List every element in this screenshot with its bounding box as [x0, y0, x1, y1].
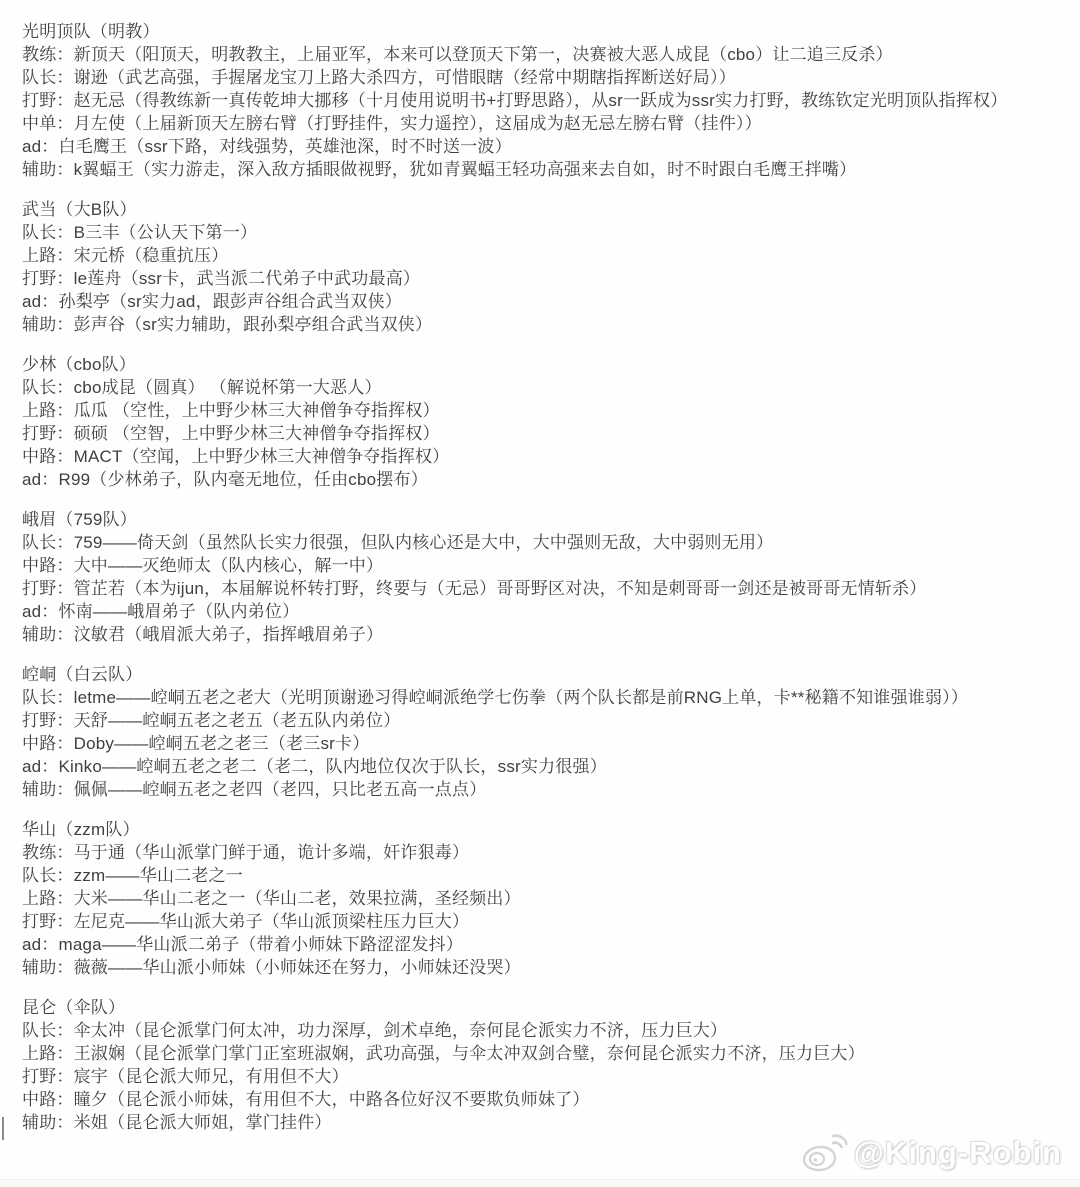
roster-line: 辅助：汶敏君（峨眉派大弟子，指挥峨眉弟子）: [22, 623, 1080, 646]
roster-line: 辅助：薇薇——华山派小师妹（小师妹还在努力，小师妹还没哭）: [22, 956, 1080, 979]
roster-line: 中路：大中——灭绝师太（队内核心，解一中）: [22, 554, 1080, 577]
roster-line: ad：白毛鹰王（ssr下路，对线强势，英雄池深，时不时送一波）: [22, 135, 1080, 158]
roster-line: 队长：伞太冲（昆仑派掌门何太冲，功力深厚，剑术卓绝，奈何昆仑派实力不济，压力巨大…: [22, 1019, 1080, 1042]
roster-line: 队长：谢逊（武艺高强，手握屠龙宝刀上路大杀四方，可惜眼瞎（经常中期瞎指挥断送好局…: [22, 66, 1080, 89]
team-section: 峨眉（759队）队长：759——倚天剑（虽然队长实力很强，但队内核心还是大中，大…: [22, 508, 1080, 646]
roster-line: 辅助：佩佩——崆峒五老之老四（老四，只比老五高一点点）: [22, 778, 1080, 801]
team-section: 崆峒（白云队）队长：letme——崆峒五老之老大（光明顶谢逊习得崆峒派绝学七伤拳…: [22, 663, 1080, 801]
roster-line: 教练：新顶天（阳顶天，明教教主，上届亚军，本来可以登顶天下第一，决赛被大恶人成昆…: [22, 43, 1080, 66]
roster-line: 中路：瞳夕（昆仑派小师妹，有用但不大，中路各位好汉不要欺负师妹了）: [22, 1088, 1080, 1111]
bottom-edge-strip: [0, 1179, 1080, 1187]
team-section: 武当（大B队）队长：B三丰（公认天下第一）上路：宋元桥（稳重抗压）打野：le莲舟…: [22, 198, 1080, 336]
roster-line: 中路：Doby——崆峒五老之老三（老三sr卡）: [22, 732, 1080, 755]
roster-line: 上路：瓜瓜 （空性，上中野少林三大神僧争夺指挥权）: [22, 399, 1080, 422]
screenshot-page: 光明顶队（明教）教练：新顶天（阳顶天，明教教主，上届亚军，本来可以登顶天下第一，…: [0, 0, 1080, 1187]
team-title: 峨眉（759队）: [22, 508, 1080, 531]
weibo-watermark: @King-Robin: [802, 1133, 1062, 1173]
roster-line: 队长：759——倚天剑（虽然队长实力很强，但队内核心还是大中，大中强则无敌，大中…: [22, 531, 1080, 554]
team-title: 崆峒（白云队）: [22, 663, 1080, 686]
weibo-icon: [802, 1133, 848, 1173]
team-section: 光明顶队（明教）教练：新顶天（阳顶天，明教教主，上届亚军，本来可以登顶天下第一，…: [22, 20, 1080, 181]
team-roster-document: 光明顶队（明教）教练：新顶天（阳顶天，明教教主，上届亚军，本来可以登顶天下第一，…: [22, 20, 1080, 1151]
roster-line: 队长：zzm——华山二老之一: [22, 864, 1080, 887]
roster-line: 打野：le莲舟（ssr卡，武当派二代弟子中武功最高）: [22, 267, 1080, 290]
roster-line: 中路：MACT（空闻，上中野少林三大神僧争夺指挥权）: [22, 445, 1080, 468]
roster-line: 队长：cbo成昆（圆真） （解说杯第一大恶人）: [22, 376, 1080, 399]
roster-line: 中单：月左使（上届新顶天左膀右臂（打野挂件，实力遥控），这届成为赵无忌左膀右臂（…: [22, 112, 1080, 135]
roster-line: 打野：管芷若（本为ijun，本届解说杯转打野，终要与（无忌）哥哥野区对决，不知是…: [22, 577, 1080, 600]
roster-line: 上路：王淑娴（昆仑派掌门掌门正室班淑娴，武功高强，与伞太冲双剑合璧，奈何昆仑派实…: [22, 1042, 1080, 1065]
roster-line: 打野：硕硕 （空智，上中野少林三大神僧争夺指挥权）: [22, 422, 1080, 445]
roster-line: 打野：赵无忌（得教练新一真传乾坤大挪移（十月使用说明书+打野思路），从sr一跃成…: [22, 89, 1080, 112]
roster-line: 辅助：彭声谷（sr实力辅助，跟孙梨亭组合武当双侠）: [22, 313, 1080, 336]
team-title: 光明顶队（明教）: [22, 20, 1080, 43]
team-title: 昆仑（伞队）: [22, 996, 1080, 1019]
roster-line: 打野：天舒——崆峒五老之老五（老五队内弟位）: [22, 709, 1080, 732]
roster-line: 打野：左尼克——华山派大弟子（华山派顶梁柱压力巨大）: [22, 910, 1080, 933]
roster-line: 队长：letme——崆峒五老之老大（光明顶谢逊习得崆峒派绝学七伤拳（两个队长都是…: [22, 686, 1080, 709]
text-cursor-artifact: [2, 1117, 4, 1140]
roster-line: 上路：宋元桥（稳重抗压）: [22, 244, 1080, 267]
roster-line: 上路：大米——华山二老之一（华山二老，效果拉满，圣经频出）: [22, 887, 1080, 910]
roster-line: 辅助：米姐（昆仑派大师姐，掌门挂件）: [22, 1111, 1080, 1134]
team-title: 武当（大B队）: [22, 198, 1080, 221]
roster-line: 辅助：k翼蝠王（实力游走，深入敌方插眼做视野，犹如青翼蝠王轻功高强来去自如，时不…: [22, 158, 1080, 181]
roster-line: 打野：宸宇（昆仑派大师兄，有用但不大）: [22, 1065, 1080, 1088]
roster-line: ad：怀南——峨眉弟子（队内弟位）: [22, 600, 1080, 623]
roster-line: 队长：B三丰（公认天下第一）: [22, 221, 1080, 244]
roster-line: ad：孙梨亭（sr实力ad，跟彭声谷组合武当双侠）: [22, 290, 1080, 313]
roster-line: ad：R99（少林弟子，队内毫无地位，任由cbo摆布）: [22, 468, 1080, 491]
watermark-text: @King-Robin: [854, 1135, 1062, 1171]
roster-line: 教练：马于通（华山派掌门鲜于通，诡计多端，奸诈狠毒）: [22, 841, 1080, 864]
team-section: 昆仑（伞队）队长：伞太冲（昆仑派掌门何太冲，功力深厚，剑术卓绝，奈何昆仑派实力不…: [22, 996, 1080, 1134]
team-title: 少林（cbo队）: [22, 353, 1080, 376]
roster-line: ad：maga——华山派二弟子（带着小师妹下路涩涩发抖）: [22, 933, 1080, 956]
roster-line: ad：Kinko——崆峒五老之老二（老二，队内地位仅次于队长，ssr实力很强）: [22, 755, 1080, 778]
team-section: 少林（cbo队）队长：cbo成昆（圆真） （解说杯第一大恶人）上路：瓜瓜 （空性…: [22, 353, 1080, 491]
team-title: 华山（zzm队）: [22, 818, 1080, 841]
team-section: 华山（zzm队）教练：马于通（华山派掌门鲜于通，诡计多端，奸诈狠毒）队长：zzm…: [22, 818, 1080, 979]
